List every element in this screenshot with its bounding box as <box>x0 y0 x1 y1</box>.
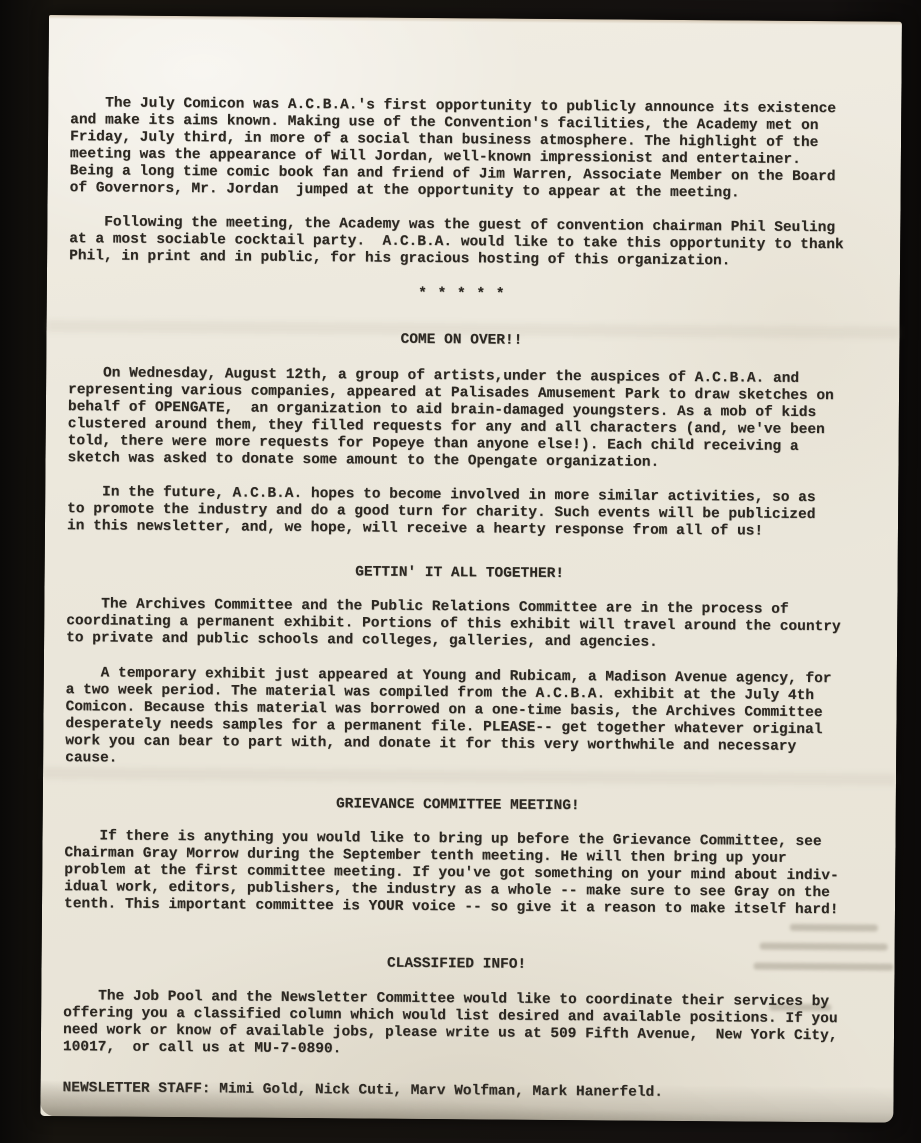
paragraph-job-pool: The Job Pool and the Newsletter Committe… <box>63 988 850 1062</box>
paragraph-following-meeting: Following the meeting, the Academy was t… <box>69 214 855 271</box>
heading-gettin-it-all-together: GETTIN' IT ALL TOGETHER! <box>67 562 853 585</box>
heading-classified-info: CLASSIFIED INFO! <box>63 953 849 976</box>
newsletter-staff-line: NEWSLETTER STAFF: Mimi Gold, Nick Cuti, … <box>63 1080 849 1103</box>
paragraph-in-the-future: In the future, A.C.B.A. hopes to become … <box>67 484 853 541</box>
paragraph-archives-committee: The Archives Committee and the Public Re… <box>66 596 852 653</box>
typewritten-text-block: The July Comicon was A.C.B.A.'s first op… <box>63 95 857 1103</box>
paragraph-grievance: If there is anything you would like to b… <box>64 828 851 919</box>
heading-grievance-meeting: GRIEVANCE COMMITTEE MEETING! <box>65 794 851 817</box>
scan-background: { "page": { "kind": "scanned typewritten… <box>0 0 921 1143</box>
paragraph-on-wednesday: On Wednesday, August 12th, a group of ar… <box>67 365 854 473</box>
paper-sheet: The July Comicon was A.C.B.A.'s first op… <box>40 15 902 1123</box>
paragraph-temporary-exhibit: A temporary exhibit just appeared at You… <box>65 665 852 773</box>
asterisk-separator: * * * * * <box>69 283 855 306</box>
heading-come-on-over: COME ON OVER!! <box>68 329 854 352</box>
paragraph-july-comicon: The July Comicon was A.C.B.A.'s first op… <box>70 95 857 203</box>
